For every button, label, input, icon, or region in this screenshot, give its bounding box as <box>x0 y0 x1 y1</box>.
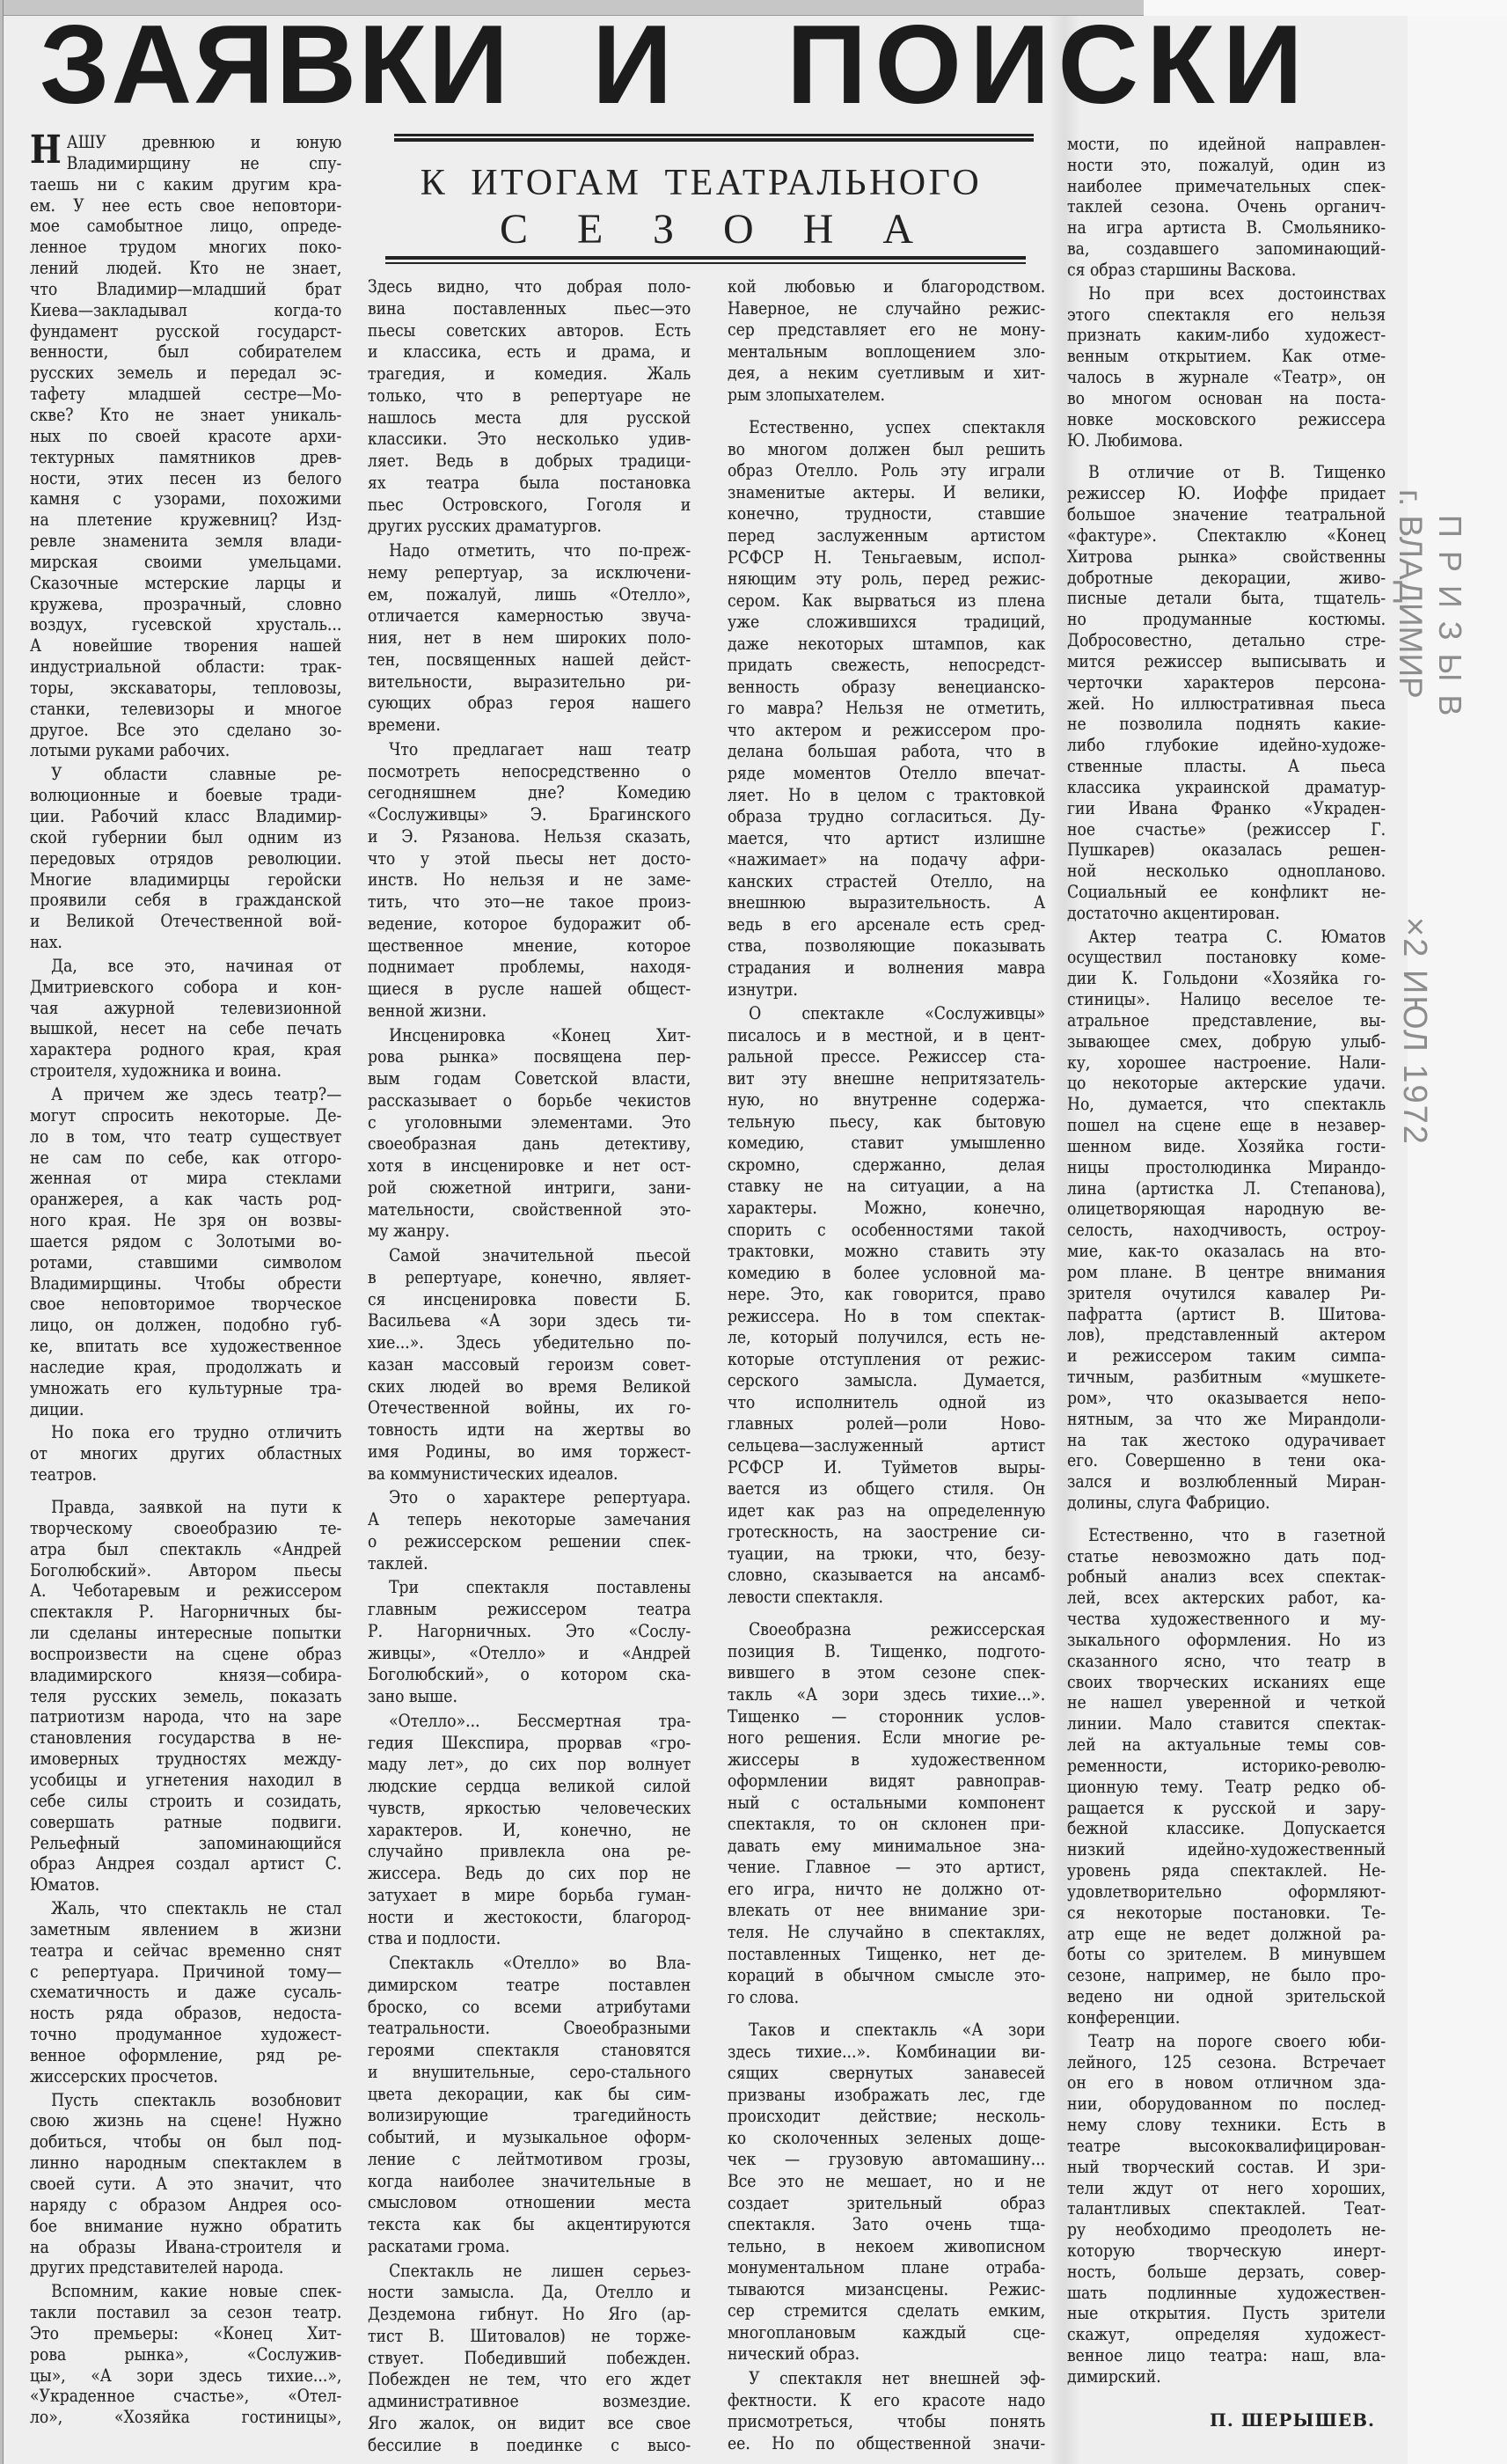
text-line: свое неповторимое творческое <box>30 1294 341 1315</box>
text-line: Пушкарев) оказалась решен- <box>1067 840 1386 861</box>
paragraph: Таков и спектакль «А зориздесь тихие...»… <box>728 2019 1045 2365</box>
text-line: ряде моментов Отелло впечат- <box>728 762 1045 784</box>
text-line: спектакля. Зато очень тща- <box>728 2213 1045 2235</box>
clipping-left-edge <box>0 0 4 2464</box>
text-line: новке московского режиссера <box>1067 409 1386 430</box>
text-line: ный творческий состав. И зри- <box>1067 2157 1386 2178</box>
text-line: Многие владимирцы геройски <box>30 869 341 891</box>
text-line: ляет. Но в целом с трактовкой <box>728 784 1045 806</box>
text-line: ревле знаменита земля влади- <box>30 531 341 552</box>
text-line: селость, находчивость, остроу- <box>1067 1220 1386 1241</box>
text-line: О спектакле «Сослуживцы» <box>728 1002 1045 1024</box>
text-line: мие, как-то оказалась на вто- <box>1067 1241 1386 1262</box>
text-line: тельно, в некоем живописном <box>728 2235 1045 2257</box>
text-line: «Украденное счастье», «Отел- <box>30 2386 341 2407</box>
text-line: рым злопыхателем. <box>728 384 1045 406</box>
double-rule-top-thin <box>394 134 1034 136</box>
text-line: «нажимает» на подачу афри- <box>728 848 1045 870</box>
double-rule-bottom-thick <box>385 256 1026 260</box>
text-line: бое внимание нужно обратить <box>30 2216 341 2237</box>
text-line: вается из общего стиля. Он <box>728 1478 1045 1500</box>
text-line: не сам по себе, как отгоро- <box>30 1148 341 1169</box>
text-line: ности замысла. Да, Отелло и <box>368 2281 691 2303</box>
text-line: серского замысла. Думается, <box>728 1369 1045 1391</box>
text-line: ный с остальными компонент <box>728 1792 1045 1814</box>
text-line: венное оформление, ряд ре- <box>30 2045 341 2066</box>
stamp-date: ×2 ИЮЛ 1972 <box>1397 917 1432 1146</box>
text-line: ся инсценировка повести Б. <box>368 1288 691 1310</box>
text-line: А причем же здесь театр?— <box>30 1084 341 1105</box>
text-line: А. Чеботаревым и режиссером <box>30 1580 341 1602</box>
text-line: шенном виде. Хозяйка гости- <box>1067 1136 1386 1157</box>
text-line: скромно, сдержанно, делая <box>728 1154 1045 1176</box>
text-line: боты со зрителем. В минувшем <box>1067 1944 1386 1965</box>
text-line: нашлось места для русской <box>368 407 691 429</box>
text-line: статье невозможно дать под- <box>1067 1546 1386 1567</box>
text-line: мится режиссер выписывать и <box>1067 651 1386 672</box>
headline-word: ЗАЯВКИ <box>40 9 510 121</box>
text-line: венным открытием. Как отме- <box>1067 346 1386 367</box>
text-line: Да, все это, начиная от <box>30 956 341 977</box>
text-line: цо некоторые актерские удачи. <box>1067 1073 1386 1094</box>
text-line: когда наиболее значительные в <box>368 2170 691 2192</box>
text-line: димирском театре поставлен <box>368 1974 691 1996</box>
paragraph: Надо отметить, что по-преж-нему репертуа… <box>368 539 691 736</box>
text-line: спектакля Р. Нагорничных бы- <box>30 1602 341 1623</box>
text-line: щиеся в русле нашей общест- <box>368 978 691 1000</box>
text-line: умножать его культурные тра- <box>30 1378 341 1399</box>
text-line: «фактуре». Спектаклю «Конец <box>1067 525 1386 546</box>
text-line: Боголюбский». Автором пьесы <box>30 1560 341 1581</box>
text-line: тен, посвященных нашей дейст- <box>368 649 691 671</box>
text-line: на плетение кружевниц? Изд- <box>30 510 341 531</box>
text-line: могут спросить некоторые. Де- <box>30 1105 341 1126</box>
text-line: он его в новом отличном зда- <box>1067 2072 1386 2094</box>
text-line: создает зрительный образ <box>728 2192 1045 2214</box>
text-line: сящих свернутых занавесей <box>728 2062 1045 2084</box>
text-line: Васильева «А зори здесь ти- <box>368 1309 691 1331</box>
text-line: характеры. Можно, конечно, <box>728 1197 1045 1219</box>
text-line: Дездемона гибнут. Но Яго (ар- <box>368 2303 691 2325</box>
paragraph: Это о характере репертуара.А теперь неко… <box>368 1486 691 1573</box>
text-line: образа трудно согласиться. Ду- <box>728 805 1045 827</box>
text-line: Но, думается, что спектакль <box>1067 1094 1386 1115</box>
text-line: патриотизм народа, что на заре <box>30 1706 341 1727</box>
text-line: вым годам Советской власти, <box>368 1067 691 1089</box>
text-line: ства и подлости. <box>368 1927 691 1949</box>
text-line: ственные пласты. А пьеса <box>1067 756 1386 777</box>
text-line: нему слову техники. Есть в <box>1067 2115 1386 2136</box>
text-line: му жанру. <box>368 1220 691 1242</box>
text-line: монументальном плане отраба- <box>728 2256 1045 2278</box>
text-line: Три спектакля поставлены <box>368 1576 691 1598</box>
text-line: чение. Главное — это артист, <box>728 1856 1045 1878</box>
text-line: что Владимир—младший брат <box>30 279 341 300</box>
text-line: которые отступления от режис- <box>728 1348 1045 1370</box>
text-line: тываются мизансцены. Режис- <box>728 2278 1045 2300</box>
text-line: скажут, определяя художест- <box>1067 2324 1386 2345</box>
author-signature: П. ШЕРЫШЕВ. <box>1210 2409 1375 2431</box>
text-line: Побежден не тем, что его ждет <box>368 2368 691 2390</box>
text-line: ности это, пожалуй, один из <box>1067 155 1386 176</box>
text-line: кораций в обычном смысле это- <box>728 1964 1045 1986</box>
text-line: туации, на трюки, что, безу- <box>728 1543 1045 1565</box>
text-line: Социальный ее конфликт не- <box>1067 882 1386 903</box>
text-line: ку, хорошее настроение. Нали- <box>1067 1052 1386 1074</box>
text-line: РСФСР И. Туйметов выры- <box>728 1456 1045 1478</box>
text-line: ведение, которое будоражит об- <box>368 913 691 935</box>
text-line: словно, сказывается на ансамб- <box>728 1564 1045 1586</box>
paragraph: Естественно, успех спектакляво многом до… <box>728 416 1045 1000</box>
text-line: себе силы строить и созидать, <box>30 1791 341 1812</box>
text-line: совершать ратные подвиги. <box>30 1812 341 1833</box>
text-line: этого спектакля его нельзя <box>1067 304 1386 326</box>
text-line: олицетворяющая народную ве- <box>1067 1199 1386 1220</box>
text-line: вит эту внешне непритязатель- <box>728 1067 1045 1089</box>
text-line: раскатами грома. <box>368 2235 691 2257</box>
text-line: венности, был собирателем <box>30 341 341 363</box>
text-line: няющим эту роль, перед режис- <box>728 568 1045 590</box>
text-line: удовлетворительно оформляют- <box>1067 1881 1386 1903</box>
paragraph: АШУ древнюю и юнуюВладимирщину не спу-та… <box>30 132 341 761</box>
text-line: Дмитриевского собора и кон- <box>30 977 341 998</box>
text-line: рой сюжетной интриги, зани- <box>368 1177 691 1199</box>
text-line: такль «А зори здесь тихие...». <box>728 1683 1045 1705</box>
text-line: влекать от нее внимание зри- <box>728 1899 1045 1921</box>
text-line: Ю. Любимова. <box>1067 430 1386 451</box>
text-line: театра и сейчас временно снят <box>30 1940 341 1962</box>
text-line: другое. Все это сделано зо- <box>30 720 341 741</box>
text-line: мое самобытное лицо, опреде- <box>30 216 341 237</box>
text-line: театров. <box>30 1464 341 1485</box>
text-line: знаменитые актеры. И велики, <box>728 481 1045 503</box>
text-line: У области славные ре- <box>30 764 341 785</box>
text-line: венное лицо театра: наш, вла- <box>1067 2345 1386 2366</box>
text-line: сер представляет его не мону- <box>728 319 1045 341</box>
text-line: смысловом отношении места <box>368 2191 691 2213</box>
text-line: внешнюю выразительность. А <box>728 891 1045 913</box>
text-line: ротами, ставшими символом <box>30 1252 341 1273</box>
text-line: ного края. Не зря он возвы- <box>30 1210 341 1231</box>
text-line: теля. Не случайно в спектаклях, <box>728 1921 1045 1943</box>
text-line: давать ему минимальное зна- <box>728 1835 1045 1857</box>
text-line: схематичность и даже сусаль- <box>30 1982 341 2003</box>
text-line: ность ряда образов, недоста- <box>30 2003 341 2024</box>
text-line: Яго жалок, он видит все свое <box>368 2412 691 2434</box>
text-line: чалось в журнале «Театр», он <box>1067 367 1386 388</box>
paragraph: Жаль, что спектакль не сталзаметным явле… <box>30 1898 341 2087</box>
text-line: сезоне, например, не было про- <box>1067 1965 1386 1986</box>
text-line: Актер театра С. Юматов <box>1067 927 1386 948</box>
text-line: жей. Но иллюстративная пьеса <box>1067 693 1386 715</box>
headline-word: И <box>592 9 672 121</box>
text-line: чувств, яркостью человеческих <box>368 1797 691 1819</box>
text-line: рассказывает о борьбе чекистов <box>368 1089 691 1111</box>
text-line: сказанного ясно, что театр в <box>1067 1651 1386 1672</box>
text-line: ментальным воплощением зло- <box>728 341 1045 363</box>
paragraph: Актер театра С. Юматовосуществил постано… <box>1067 927 1386 1514</box>
clipping-right-margin <box>1408 16 1507 2464</box>
text-line: оформлении видят равноправ- <box>728 1770 1045 1792</box>
text-line: «Сослуживцы» Э. Брагинского <box>368 803 691 825</box>
text-line: камня с узорами, похожими <box>30 488 341 510</box>
text-line: которую творческую инерт- <box>1067 2240 1386 2262</box>
text-line: отличается камерностью звуча- <box>368 605 691 627</box>
text-line: ременности, историко-револю- <box>1067 1756 1386 1777</box>
text-line: гии Ивана Франко «Украден- <box>1067 798 1386 819</box>
text-line: «Отелло»... Бессмертная тра- <box>368 1710 691 1732</box>
text-line: тить, что это—не такое произ- <box>368 891 691 913</box>
text-line: мается, что артист излишне <box>728 827 1045 849</box>
text-line: ление с лейтмотивом грозы, <box>368 2148 691 2170</box>
text-line: ко сколоченных зеленых доще- <box>728 2127 1045 2149</box>
text-line: имоверных трудностях между- <box>30 1749 341 1770</box>
text-line: многоплановым каждый сце- <box>728 2321 1045 2343</box>
text-line: посмотреть непосредственно о <box>368 760 691 782</box>
text-line: ния, нет в нем широких поло- <box>368 627 691 649</box>
text-line: торы, экскаваторы, тепловозы, <box>30 678 341 699</box>
text-line: АШУ древнюю и юную <box>30 132 341 153</box>
text-line: Боголюбский», о котором ска- <box>368 1663 691 1685</box>
paragraph: Что предлагает наш театрпосмотреть непос… <box>368 738 691 1022</box>
paragraph-list: мости, по идейной направлен-ности это, п… <box>1067 134 1386 2387</box>
text-line: сующих образ героя нашего <box>368 692 691 714</box>
text-line: Самой значительной пьесой <box>368 1244 691 1266</box>
text-line: мирская своими умельцами. <box>30 552 341 573</box>
text-line: ведено ни одной зрительской <box>1067 1986 1386 2007</box>
text-line: уже сложившихся традиций, <box>728 611 1045 633</box>
text-line: своих творческих исканиях еще <box>1067 1672 1386 1693</box>
text-line: либо глубокие идейно-художе- <box>1067 735 1386 756</box>
text-line: ру необходимо преодолеть не- <box>1067 2219 1386 2240</box>
text-line: цвета декорации, как бы сим- <box>368 2083 691 2105</box>
text-line: Хитрова рынка» свойственны <box>1067 546 1386 568</box>
text-line: жиссера. Ведь до сих пор не <box>368 1862 691 1884</box>
text-line: ставку не на ситуации, а на <box>728 1175 1045 1197</box>
paragraph: О спектакле «Сослуживцы»писалось и в мес… <box>728 1002 1045 1607</box>
text-line: режиссер Ю. Иоффе придает <box>1067 483 1386 504</box>
text-line: пошел на сцене еще в незавер- <box>1067 1115 1386 1136</box>
text-line: перед заслуженным артистом <box>728 524 1045 546</box>
text-line: ляет. Ведь в добрых традици- <box>368 450 691 472</box>
text-line: ке, впитать все художественное <box>30 1336 341 1357</box>
text-line: что актером и режиссером про- <box>728 719 1045 741</box>
text-line: ного решения. Если многие ре- <box>728 1727 1045 1749</box>
text-line: мости, по идейной направлен- <box>1067 134 1386 155</box>
text-line: дея, а неким суетливым и хит- <box>728 362 1045 384</box>
text-line: ное счастье» (режиссер Г. <box>1067 819 1386 840</box>
text-line: Владимирщины. Чтобы обрести <box>30 1273 341 1294</box>
text-line: тектурных памятников древ- <box>30 447 341 468</box>
text-line: осуществил постановку коме- <box>1067 947 1386 968</box>
text-line: нии, оборудованном по послед- <box>1067 2094 1386 2115</box>
text-line: и классика, есть и драма, и <box>368 341 691 363</box>
text-line: таешь ни с каким другим кра- <box>30 174 341 195</box>
text-line: передовых отрядов революции. <box>30 848 341 869</box>
text-line: шается рядом с Золотыми во- <box>30 1231 341 1252</box>
double-rule-top-thick <box>394 138 1034 142</box>
text-line: пафратта (артист В. Шитова- <box>1067 1304 1386 1325</box>
text-line: таклей. <box>368 1552 691 1574</box>
text-line: ной несколько одноплановo. <box>1067 861 1386 882</box>
text-line: ведь в его арсенале есть сред- <box>728 913 1045 935</box>
text-line: придать свежесть, непосредст- <box>728 654 1045 676</box>
text-line: женная от мира стеклами <box>30 1168 341 1189</box>
text-line: достаточно акцентирован. <box>1067 903 1386 924</box>
text-line: ее. Но по общественной значи- <box>728 2432 1045 2454</box>
text-line: позиция В. Тищенко, подгото- <box>728 1640 1045 1662</box>
text-line: Правда, заявкой на пути к <box>30 1497 341 1518</box>
text-line: Своеобразна режиссерская <box>728 1618 1045 1640</box>
text-line: Рельефный запоминающийся <box>30 1833 341 1854</box>
text-line: наиболее примечательных спек- <box>1067 176 1386 197</box>
text-line: лений людей. Кто не знает, <box>30 258 341 279</box>
text-line: зрителя очутился кавалер Ри- <box>1067 1283 1386 1304</box>
headline-word: ПОИСКИ <box>786 9 1311 121</box>
text-line: пьесы советских авторов. Есть <box>368 319 691 341</box>
text-line: наследие края, продолжать и <box>30 1357 341 1378</box>
text-line: даже некоторых штампов, как <box>728 633 1045 655</box>
text-line: венной жизни. <box>368 1000 691 1022</box>
text-line: большое значение театральной <box>1067 504 1386 525</box>
text-line: Киева—закладывал когда-то <box>30 300 341 321</box>
text-line: писалось и в местной, и в цент- <box>728 1024 1045 1046</box>
text-line: тельную пьесу, как бытовую <box>728 1111 1045 1133</box>
text-line: других русских драматургов. <box>368 515 691 537</box>
text-line: Р. Нагорничных. Это «Сослу- <box>368 1620 691 1642</box>
text-line: Таков и спектакль «А зори <box>728 2019 1045 2041</box>
text-line: затухает в мире борьба гуман- <box>368 1884 691 1906</box>
text-line: го мавра? Нельзя не отметить, <box>728 697 1045 719</box>
text-line: воздух, гусевской хрусталь... <box>30 614 341 635</box>
text-line: наряду с образом Андрея осо- <box>30 2195 341 2216</box>
text-line: ную, но внутренне содержа- <box>728 1089 1045 1111</box>
paragraph: Театр на пороге своего юби-лейного, 125 … <box>1067 2031 1386 2387</box>
paragraph-list: АШУ древнюю и юнуюВладимирщину не спу-та… <box>30 132 341 2428</box>
paragraph: Спектакль не лишен серьез-ности замысла.… <box>368 2260 691 2456</box>
text-line: с репертуара. Причиной тому— <box>30 1962 341 1983</box>
article-column-1: Н АШУ древнюю и юнуюВладимирщину не спу-… <box>30 132 341 2428</box>
text-line: станки, телевизоры и многое <box>30 699 341 720</box>
paragraph: кой любовью и благородством.Наверное, не… <box>728 275 1045 405</box>
text-line: канских страстей Отелло, на <box>728 870 1045 892</box>
text-line: фундамент русской государст- <box>30 321 341 342</box>
text-line: на образы Ивана-строителя и <box>30 2237 341 2258</box>
paragraph: Но при всех достоинствахэтого спектакля … <box>1067 283 1386 451</box>
text-line: Надо отметить, что по-преж- <box>368 539 691 561</box>
text-line: атр еще не ведет должной ра- <box>1067 1924 1386 1945</box>
text-line: вина поставленных пьес—это <box>368 297 691 319</box>
text-line: происходит действие; несколь- <box>728 2105 1045 2127</box>
text-line: классики. Это несколько удив- <box>368 428 691 450</box>
text-line: нятным, за что же Мирандоли- <box>1067 1409 1386 1430</box>
text-line: в репертуаре, конечно, являет- <box>368 1266 691 1288</box>
text-line: лов), представленный актером <box>1067 1324 1386 1346</box>
paragraph: Да, все это, начиная отДмитриевского соб… <box>30 956 341 1082</box>
text-line: го слова. <box>728 1986 1045 2008</box>
text-line: лотыми руками рабочих. <box>30 740 341 761</box>
text-line: ло в том, что театр существует <box>30 1126 341 1148</box>
text-line: ских людей во время Великой <box>368 1375 691 1397</box>
text-line: линно народным спектаклем в <box>30 2152 341 2174</box>
text-line: фектности. К его красоте надо <box>728 2389 1045 2411</box>
text-line: поднимает проблемы, находя- <box>368 956 691 978</box>
paragraph: Вспомним, какие новые спек-такли постави… <box>30 2281 341 2428</box>
text-line: сер стремится сделать емким, <box>728 2299 1045 2321</box>
text-line: людские сердца великой силой <box>368 1775 691 1797</box>
text-line: уровень ряда спектаклей. Не- <box>1067 1860 1386 1881</box>
text-line: добротные декорации, живо- <box>1067 568 1386 589</box>
text-line: Сказочные мстерские ларцы и <box>30 573 341 594</box>
text-line: гротескность, на заострение си- <box>728 1521 1045 1543</box>
text-line: классика украинской драматур- <box>1067 777 1386 798</box>
paragraph: Правда, заявкой на пути ктворческому сво… <box>30 1497 341 1896</box>
text-line: инств. Но нельзя и не заме- <box>368 869 691 891</box>
text-line: ства, позволяющие показывать <box>728 935 1045 957</box>
text-line: владимирского князя—собира- <box>30 1665 341 1686</box>
text-line: Тищенко — сторонник услов- <box>728 1705 1045 1727</box>
text-line: ва, создавшего запоминающий- <box>1067 238 1386 260</box>
text-line: Естественно, что в газетной <box>1067 1525 1386 1546</box>
text-line: ствует. Победивший побежден. <box>368 2347 691 2369</box>
text-line: случайно привлекла она ре- <box>368 1840 691 1862</box>
text-line: других представителей народа. <box>30 2257 341 2278</box>
text-line: ло», «Хозяйка гостиницы», <box>30 2407 341 2428</box>
text-line: страдания и волнения мавра <box>728 957 1045 979</box>
text-line: режиссера. Но в том спектак- <box>728 1305 1045 1327</box>
text-line: черточки характеров персона- <box>1067 672 1386 693</box>
text-line: ром плане. В центре внимания <box>1067 1262 1386 1283</box>
text-line: Но пока его трудно отличить <box>30 1422 341 1443</box>
text-line: с уголовными элементами. Это <box>368 1111 691 1133</box>
paragraph: Инсценировка «Конец Хит-рова рынка» посв… <box>368 1024 691 1243</box>
text-line: кой любовью и благородством. <box>728 275 1045 297</box>
text-line: нему репертуар, за исключени- <box>368 561 691 583</box>
text-line: Спектакль не лишен серьез- <box>368 2260 691 2282</box>
text-line: театральности. Своеобразными <box>368 2017 691 2039</box>
text-line: ленное трудом многих поко- <box>30 237 341 258</box>
text-line: зывающее смех, добрую улыб- <box>1067 1031 1386 1052</box>
text-line: строителя, художника и воина. <box>30 1060 341 1082</box>
text-line: ционную тему. Театр редко об- <box>1067 1777 1386 1798</box>
text-line: Вспомним, какие новые спек- <box>30 2281 341 2302</box>
text-line: трактовки, можно ставить эту <box>728 1240 1045 1262</box>
text-line: сегодняшнем дне? Комедию <box>368 781 691 803</box>
text-line: робный анализ всех спектак- <box>1067 1566 1386 1588</box>
text-line: ях театра была постановка <box>368 472 691 494</box>
paragraph: В отличие от В. Тищенкорежиссер Ю. Иоффе… <box>1067 462 1386 923</box>
text-line: талантливых спектаклей. Теат- <box>1067 2198 1386 2219</box>
article-column-3: кой любовью и благородством.Наверное, не… <box>728 275 1045 2453</box>
stamp-publication: ПРИЗЫВ <box>1437 515 1463 729</box>
text-line: заметным явлением в жизни <box>30 1919 341 1940</box>
text-line: Спектакль «Отелло» во Вла- <box>368 1952 691 1974</box>
drop-cap: Н <box>30 133 62 168</box>
text-line: шать подлинные художествен- <box>1067 2283 1386 2304</box>
text-line: призваны изображать лес, где <box>728 2084 1045 2106</box>
text-line: на так жестоко одурачивает <box>1067 1430 1386 1451</box>
text-line: чества художественного и му- <box>1067 1609 1386 1630</box>
text-line: пьес Островского, Гоголя и <box>368 494 691 516</box>
text-line: имя Родины, во имя торжест- <box>368 1441 691 1463</box>
subheading-line-2: СЕЗОНА <box>381 209 1032 251</box>
paragraph: Самой значительной пьесойв репертуаре, к… <box>368 1244 691 1484</box>
text-line: ва коммунистических идеалов. <box>368 1463 691 1485</box>
text-line: щественное мнение, которое <box>368 935 691 957</box>
text-line: характера родного края, края <box>30 1039 341 1060</box>
text-line: добиться, чтобы он был под- <box>30 2131 341 2152</box>
text-line: точно продуманное художест- <box>30 2024 341 2045</box>
